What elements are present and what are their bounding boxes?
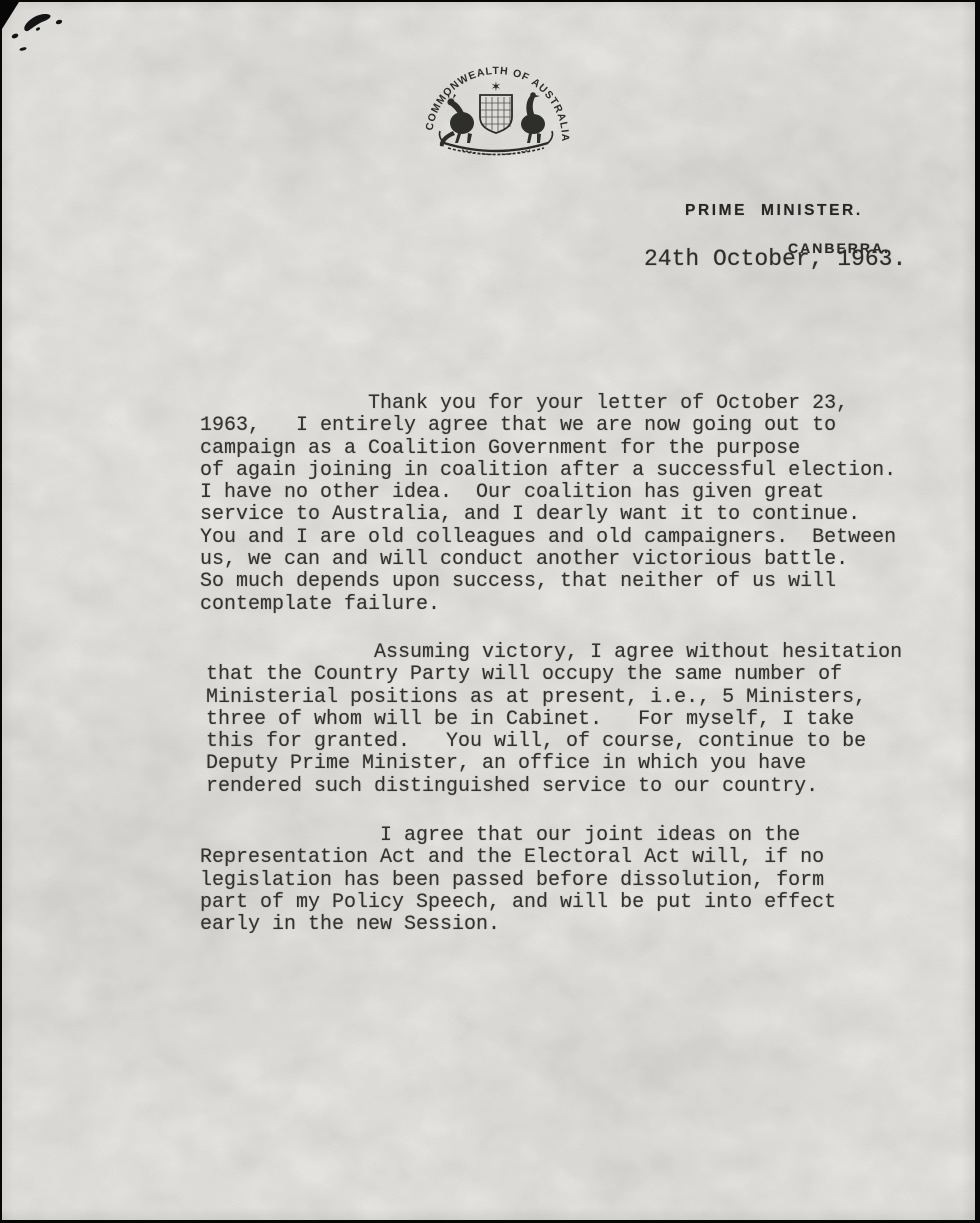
emu-supporter — [521, 92, 545, 143]
letter-paragraph-3: I agree that our joint ideas on the Repr… — [200, 825, 836, 936]
letter-paragraph-2: Assuming victory, I agree without hesita… — [206, 642, 902, 798]
letter-paragraph-1: Thank you for your letter of October 23,… — [200, 393, 896, 616]
date-line: 24th October, 1963. — [644, 246, 906, 272]
letterhead-office-title: PRIME MINISTER. — [685, 202, 863, 220]
coat-of-arms: COMMONWEALTH OF AUSTRALIA ✶ — [420, 50, 572, 164]
svg-text:COMMONWEALTH OF AUSTRALIA: COMMONWEALTH OF AUSTRALIA — [424, 65, 572, 142]
ink-smudge-marks — [4, 2, 104, 62]
commonwealth-star-icon: ✶ — [491, 79, 502, 94]
scanned-letter-page: COMMONWEALTH OF AUSTRALIA ✶ — [0, 0, 980, 1223]
crest-shield — [480, 95, 512, 133]
crest-arched-text: COMMONWEALTH OF AUSTRALIA — [424, 65, 572, 142]
